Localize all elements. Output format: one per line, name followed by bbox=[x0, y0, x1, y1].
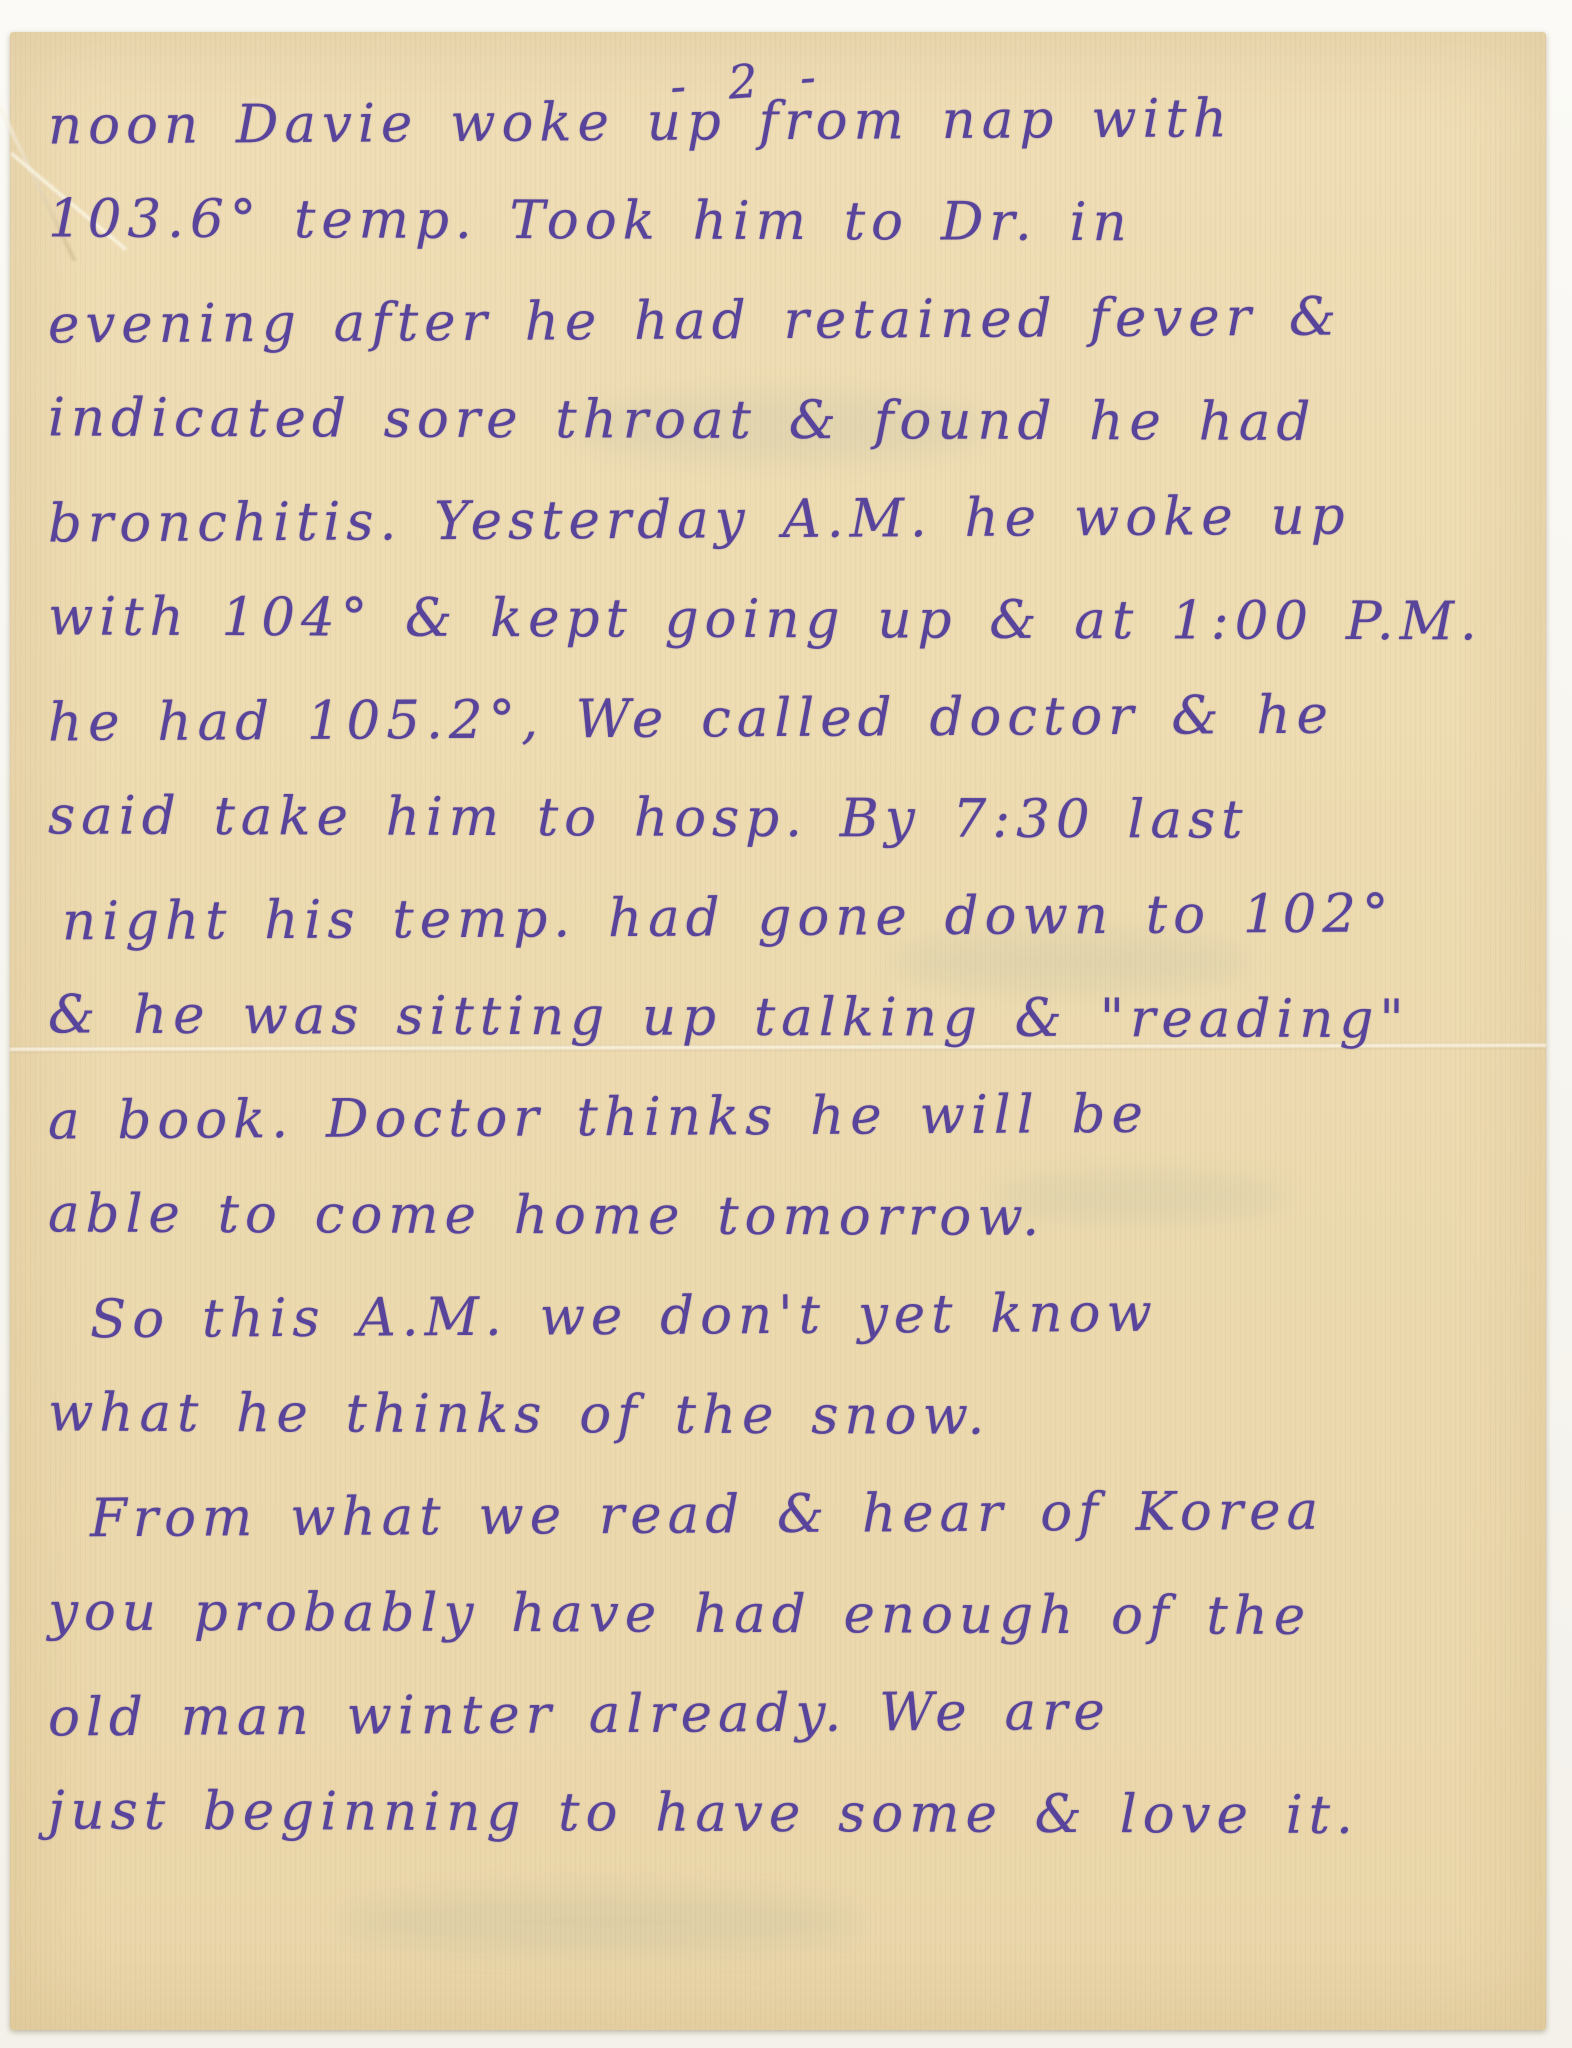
ink-bleed-through bbox=[340, 1892, 860, 1952]
handwritten-line: you probably have had enough of the bbox=[48, 1562, 1518, 1667]
handwritten-line: said take him to hosp. By 7:30 last bbox=[48, 766, 1518, 871]
handwritten-line: night his temp. had gone down to 102° bbox=[48, 864, 1519, 972]
handwritten-line: 103.6° temp. Took him to Dr. in bbox=[48, 169, 1518, 274]
handwritten-line: & he was sitting up talking & "reading" bbox=[48, 965, 1518, 1070]
handwritten-line: indicated sore throat & found he had bbox=[48, 368, 1518, 473]
handwritten-line: evening after he had retained fever & bbox=[48, 267, 1519, 375]
handwritten-line: bronchitis. Yesterday A.M. he woke up bbox=[48, 466, 1519, 574]
handwritten-line: From what we read & hear of Korea bbox=[48, 1461, 1519, 1569]
handwritten-line: old man winter already. We are bbox=[48, 1660, 1519, 1768]
handwritten-line: what he thinks of the snow. bbox=[48, 1363, 1518, 1468]
handwritten-line: just beginning to have some & love it. bbox=[48, 1761, 1518, 1866]
handwritten-line: a book. Doctor thinks he will be bbox=[48, 1063, 1519, 1171]
letter-page: - 2 - noon Davie woke up from nap with 1… bbox=[10, 32, 1546, 2030]
handwritten-line: So this A.M. we don't yet know bbox=[48, 1262, 1519, 1370]
handwritten-line: with 104° & kept going up & at 1:00 P.M. bbox=[48, 567, 1518, 672]
handwritten-line: noon Davie woke up from nap with bbox=[48, 68, 1519, 176]
handwritten-line: he had 105.2°, We called doctor & he bbox=[48, 665, 1519, 773]
handwritten-line: able to come home tomorrow. bbox=[48, 1164, 1518, 1269]
letter-body: noon Davie woke up from nap with 103.6° … bbox=[48, 72, 1518, 1863]
